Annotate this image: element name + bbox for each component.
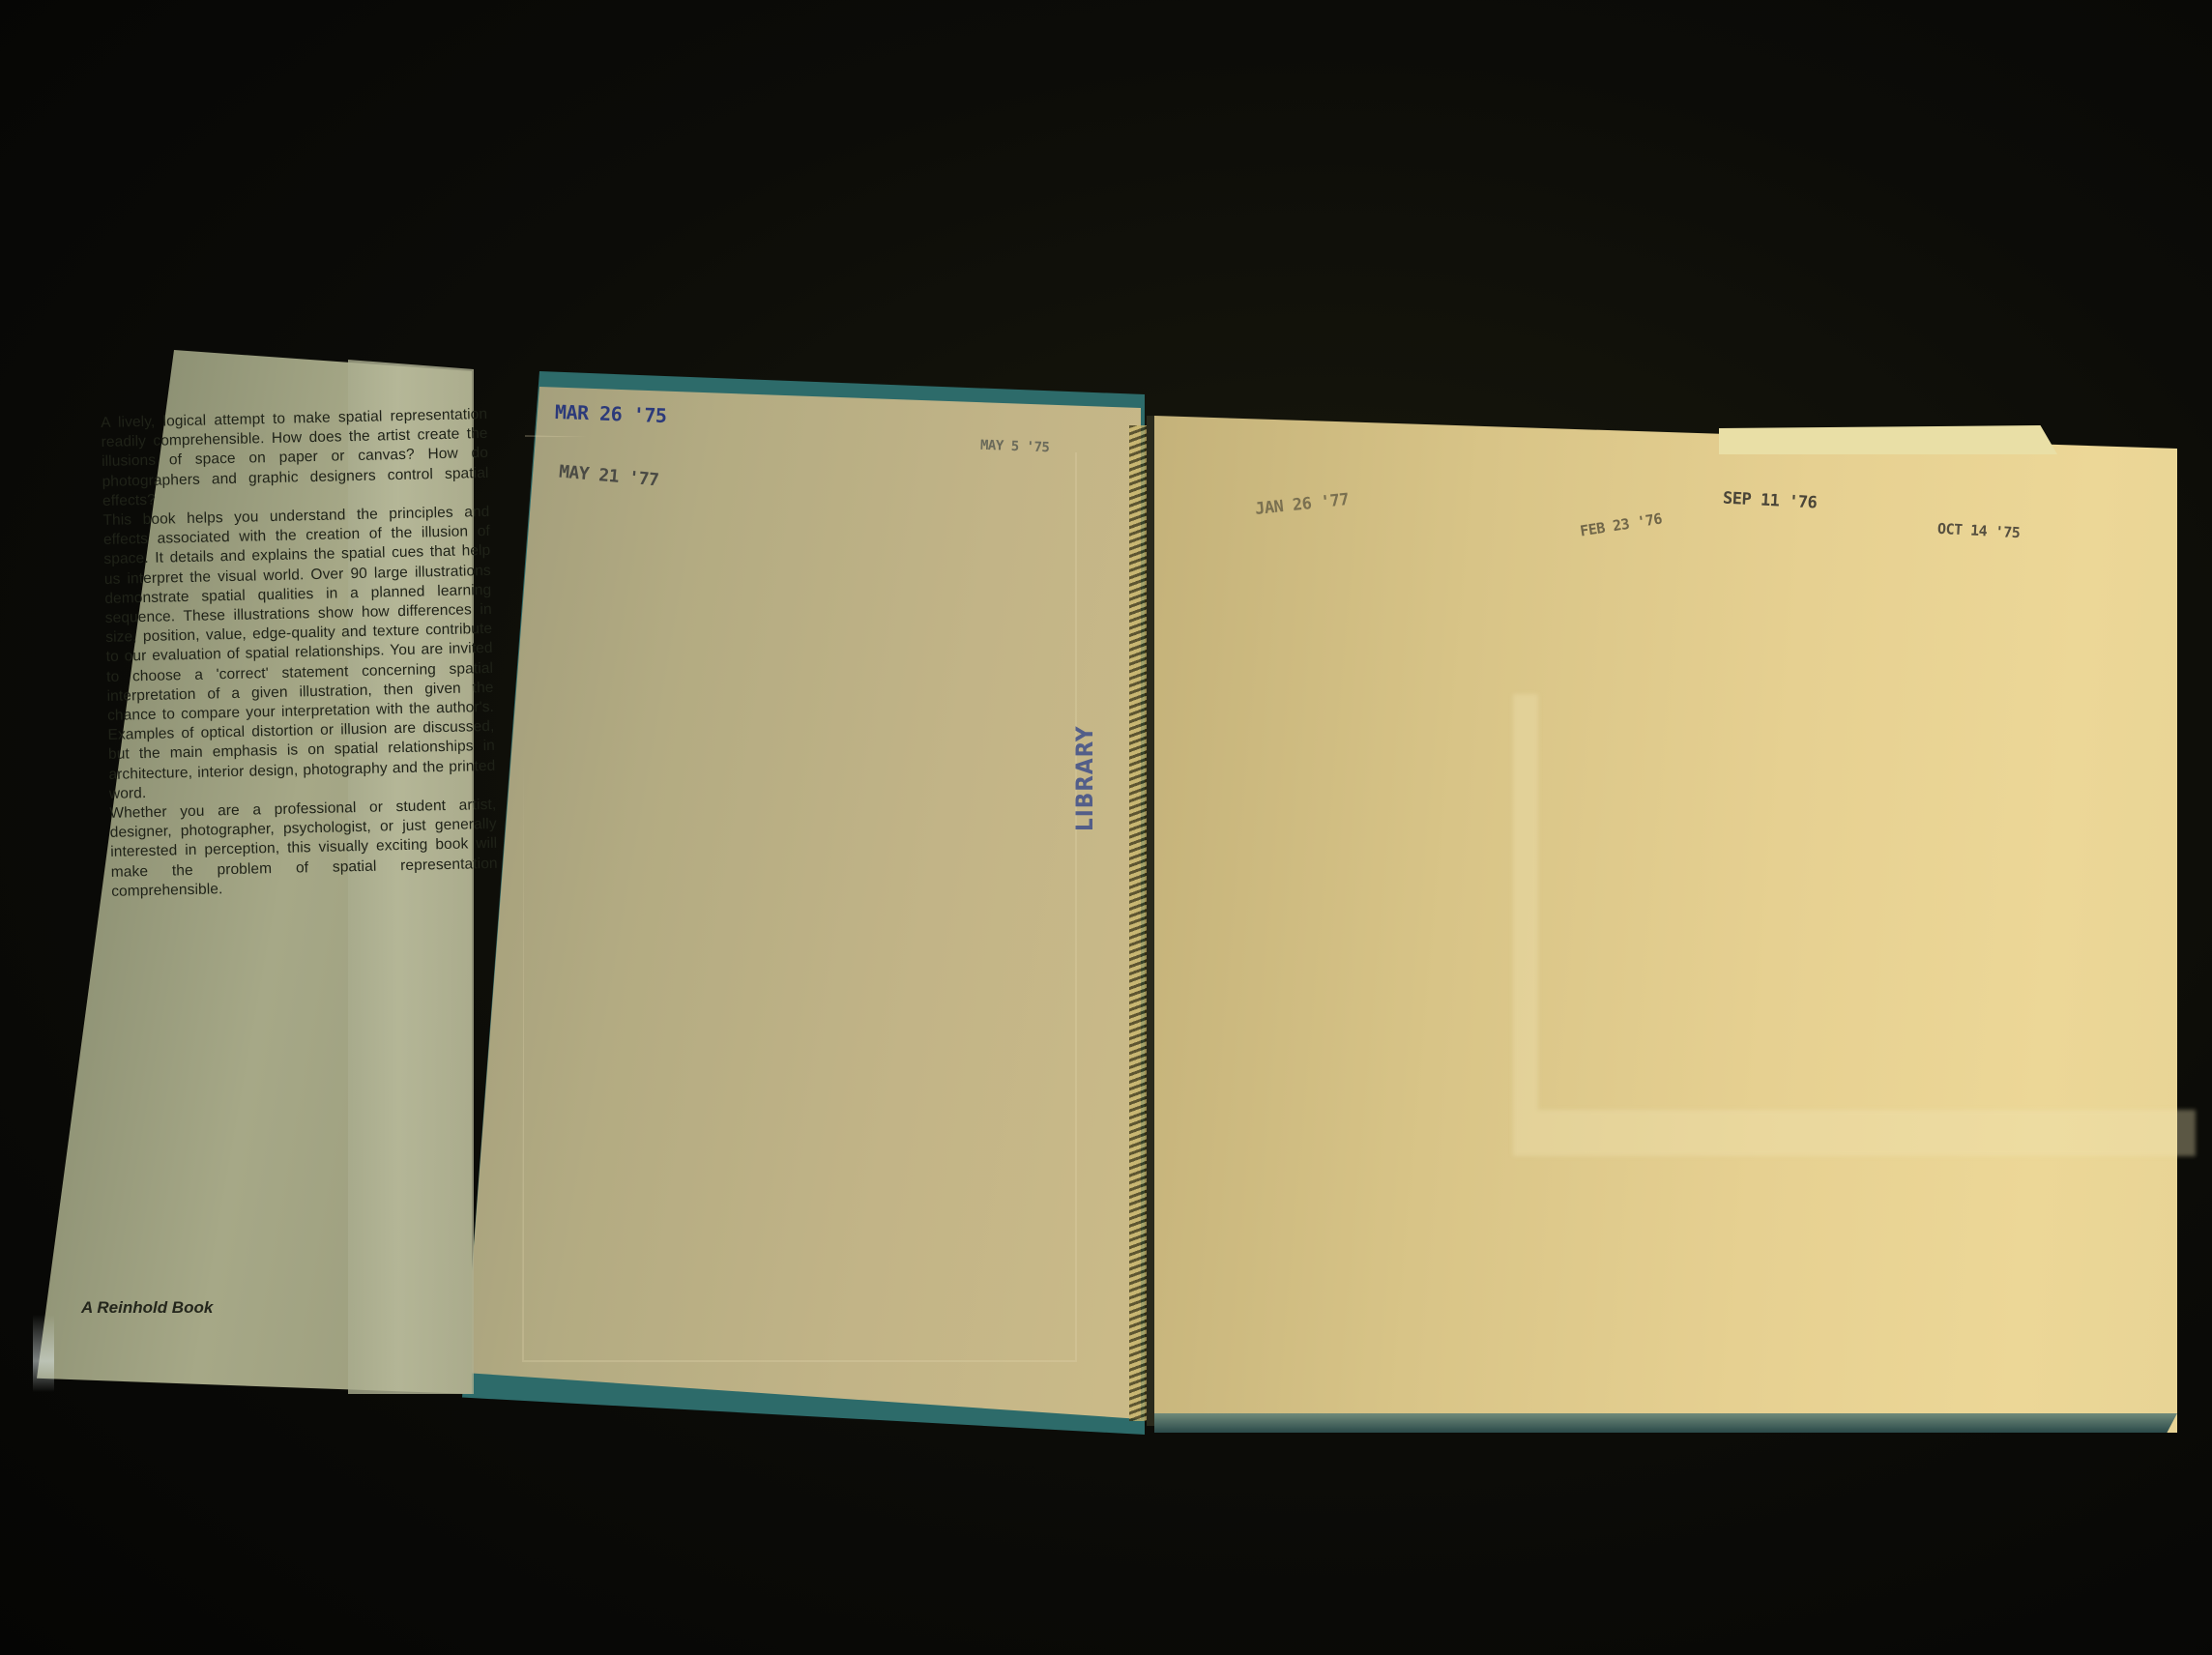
- blurb-paragraph-1: A lively, logical attempt to make spatia…: [101, 405, 489, 511]
- photo-scene: A lively, logical attempt to make spatia…: [0, 0, 2212, 1655]
- right-board-cloth-edge: [1154, 1413, 2177, 1433]
- gutter-shadow: [1147, 416, 1154, 1426]
- light-glare: [33, 1315, 54, 1392]
- left-endpaper-pocket-outline: [522, 435, 1077, 1362]
- publisher-imprint: A Reinhold Book: [81, 1298, 213, 1318]
- left-date-stamp: MAY 5 '75: [980, 438, 1050, 455]
- jacket-blurb: A lively, logical attempt to make spatia…: [101, 405, 498, 902]
- right-page-top-edge: [1719, 425, 2057, 454]
- blurb-paragraph-2: This book helps you understand the princ…: [102, 503, 496, 804]
- left-date-stamp: MAR 26 '75: [555, 400, 667, 427]
- removed-tape-mark: [1513, 694, 2196, 1156]
- library-stamp: LIBRARY: [1071, 725, 1098, 831]
- blurb-paragraph-3: Whether you are a professional or studen…: [109, 796, 498, 902]
